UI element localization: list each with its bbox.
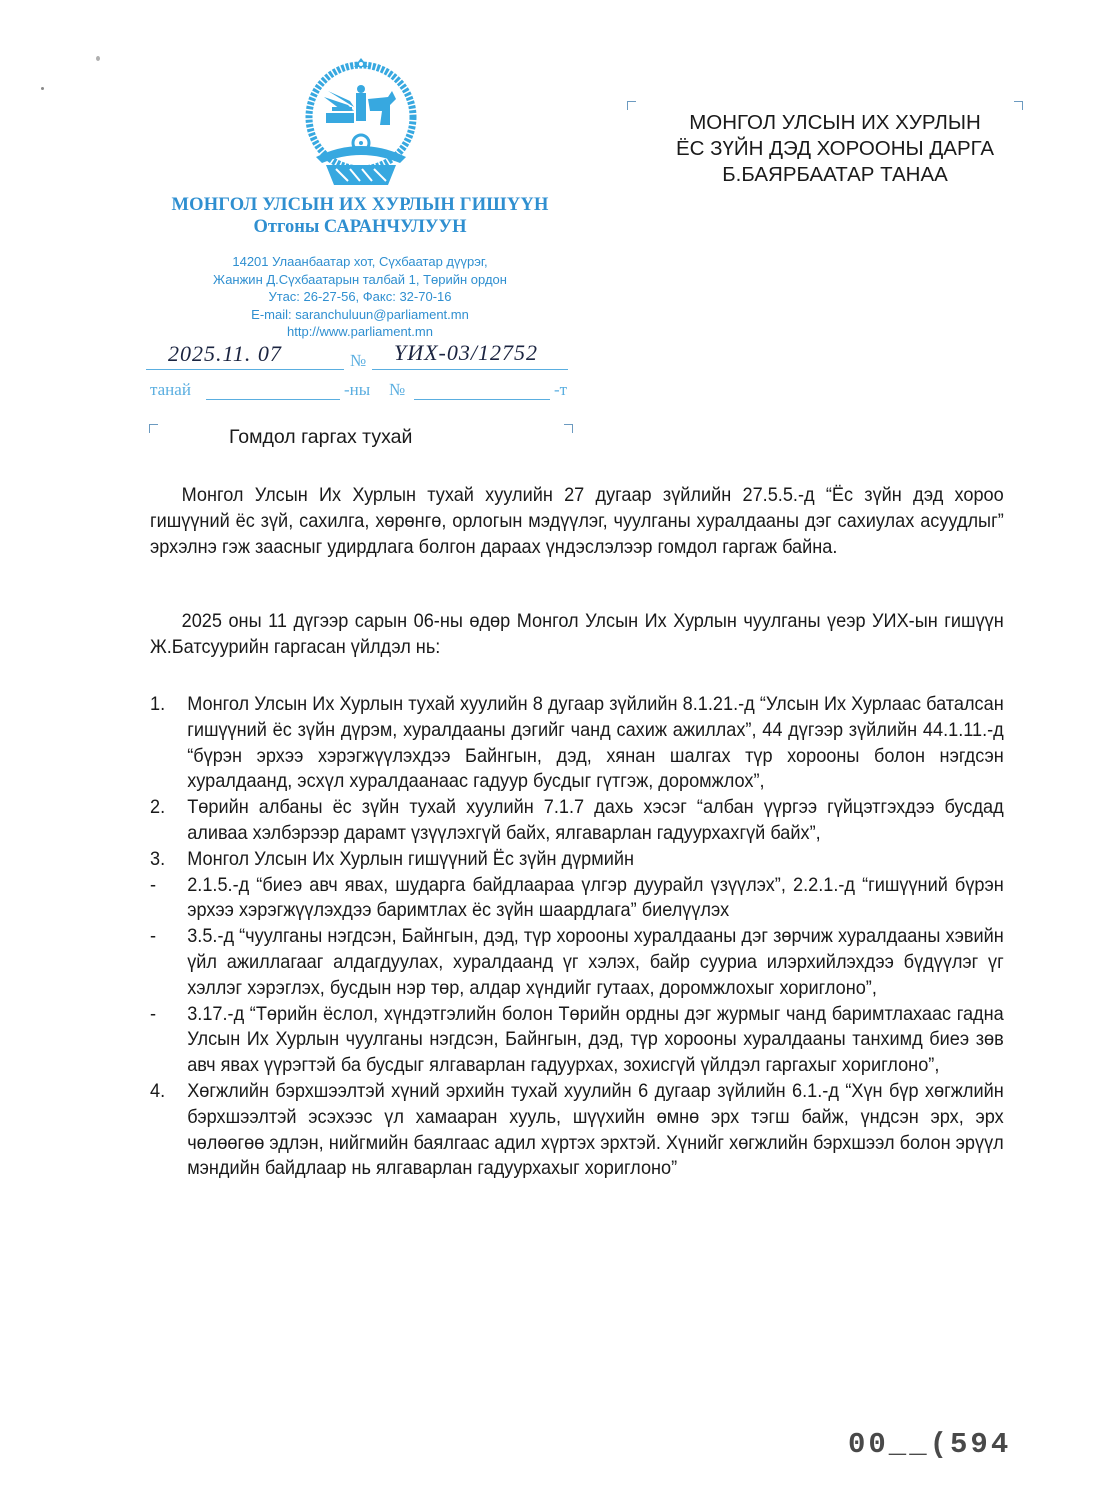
- your-number-label: №: [389, 380, 405, 400]
- scan-speck: [96, 56, 100, 61]
- letterhead-contact-info: 14201 Улаанбаатар хот, Сүхбаатар дүүрэг,…: [140, 253, 580, 341]
- list-marker: 2.: [150, 795, 178, 821]
- list-item-text: 3.17.-д “Төрийн ёслол, хүндэтгэлийн боло…: [187, 1003, 1004, 1077]
- list-marker: -: [150, 924, 178, 950]
- list-item: 3.Монгол Улсын Их Хурлын гишүүний Ёс зүй…: [150, 847, 1004, 873]
- list-item-text: Монгол Улсын Их Хурлын гишүүний Ёс зүйн …: [187, 848, 634, 870]
- paragraph-text: 2025 оны 11 дүгээр сарын 06-ны өдөр Монг…: [150, 609, 1004, 661]
- addressee-corner-mark: [627, 101, 636, 110]
- list-item-text: 3.5.-д “чуулганы нэгдсэн, Байнгын, дэд, …: [187, 925, 1004, 999]
- letterhead-member-name: Отгоны САРАНЧУЛУУН: [140, 217, 580, 238]
- addressee-block: МОНГОЛ УЛСЫН ИХ ХУРЛЫН ЁС ЗҮЙН ДЭД ХОРОО…: [640, 110, 1030, 188]
- list-item: 2.Төрийн албаны ёс зүйн тухай хуулийн 7.…: [150, 795, 1004, 847]
- violations-list: 1.Монгол Улсын Их Хурлын тухай хуулийн 8…: [150, 692, 1004, 1182]
- subject-corner-mark: [149, 424, 158, 433]
- paragraph-text: Монгол Улсын Их Хурлын тухай хуулийн 27 …: [150, 483, 1004, 560]
- list-marker: 4.: [150, 1079, 178, 1105]
- addressee-line-2: ЁС ЗҮЙН ДЭД ХОРООНЫ ДАРГА: [640, 136, 1030, 162]
- list-marker: 1.: [150, 692, 178, 718]
- state-emblem-logo: [296, 55, 426, 190]
- list-marker: -: [150, 1002, 178, 1028]
- your-date-line: [206, 399, 340, 400]
- body-paragraph-1: Монгол Улсын Их Хурлын тухай хуулийн 27 …: [150, 483, 1004, 560]
- letter-subject: Гомдол гаргах тухай: [229, 426, 412, 449]
- list-item: 1.Монгол Улсын Их Хурлын тухай хуулийн 8…: [150, 692, 1004, 795]
- list-item: -2.1.5.-д “биеэ авч явах, шударга байдла…: [150, 873, 1004, 925]
- ny-label: -ны: [344, 380, 370, 400]
- scan-speck: [41, 87, 44, 90]
- list-marker: -: [150, 873, 178, 899]
- page-stamp-number: 00__(594: [848, 1428, 1011, 1461]
- address-line-1: 14201 Улаанбаатар хот, Сүхбаатар дүүрэг,: [140, 253, 580, 271]
- letterhead-title: МОНГОЛ УЛСЫН ИХ ХУРЛЫН ГИШҮҮН: [140, 195, 580, 216]
- soyombo-emblem-icon: [296, 55, 426, 190]
- list-item-text: Төрийн албаны ёс зүйн тухай хуулийн 7.1.…: [187, 796, 1004, 844]
- list-marker: 3.: [150, 847, 178, 873]
- t-suffix: -т: [554, 380, 567, 400]
- handwritten-date: 2025.11. 07: [168, 341, 282, 367]
- list-item: 4.Хөгжлийн бэрхшээлтэй хүний эрхийн туха…: [150, 1079, 1004, 1182]
- your-number-line: [414, 399, 550, 400]
- addressee-line-3: Б.БАЯРБААТАР ТАНАА: [640, 162, 1030, 188]
- list-item-text: Монгол Улсын Их Хурлын тухай хуулийн 8 д…: [187, 693, 1004, 792]
- list-item: -3.17.-д “Төрийн ёслол, хүндэтгэлийн бол…: [150, 1002, 1004, 1079]
- subject-corner-mark: [564, 424, 573, 433]
- list-item-text: 2.1.5.-д “биеэ авч явах, шударга байдлаа…: [187, 874, 1004, 922]
- list-item: -3.5.-д “чуулганы нэгдсэн, Байнгын, дэд,…: [150, 924, 1004, 1001]
- email-line: E-mail: saranchuluun@parliament.mn: [140, 306, 580, 324]
- address-line-2: Жанжин Д.Сүхбаатарын талбай 1, Төрийн ор…: [140, 271, 580, 289]
- list-item-text: Хөгжлийн бэрхшээлтэй хүний эрхийн тухай …: [187, 1080, 1004, 1179]
- addressee-line-1: МОНГОЛ УЛСЫН ИХ ХУРЛЫН: [640, 110, 1030, 136]
- number-label: №: [350, 351, 366, 371]
- phone-fax-line: Утас: 26-27-56, Факс: 32-70-16: [140, 288, 580, 306]
- handwritten-outgoing-number: ҮИХ-03/12752: [394, 340, 538, 366]
- your-label: танай: [150, 380, 191, 400]
- number-underline: [372, 369, 568, 370]
- body-paragraph-2: 2025 оны 11 дүгээр сарын 06-ны өдөр Монг…: [150, 609, 1004, 661]
- website-line: http://www.parliament.mn: [140, 323, 580, 341]
- date-underline: [146, 369, 344, 370]
- addressee-corner-mark: [1014, 101, 1023, 110]
